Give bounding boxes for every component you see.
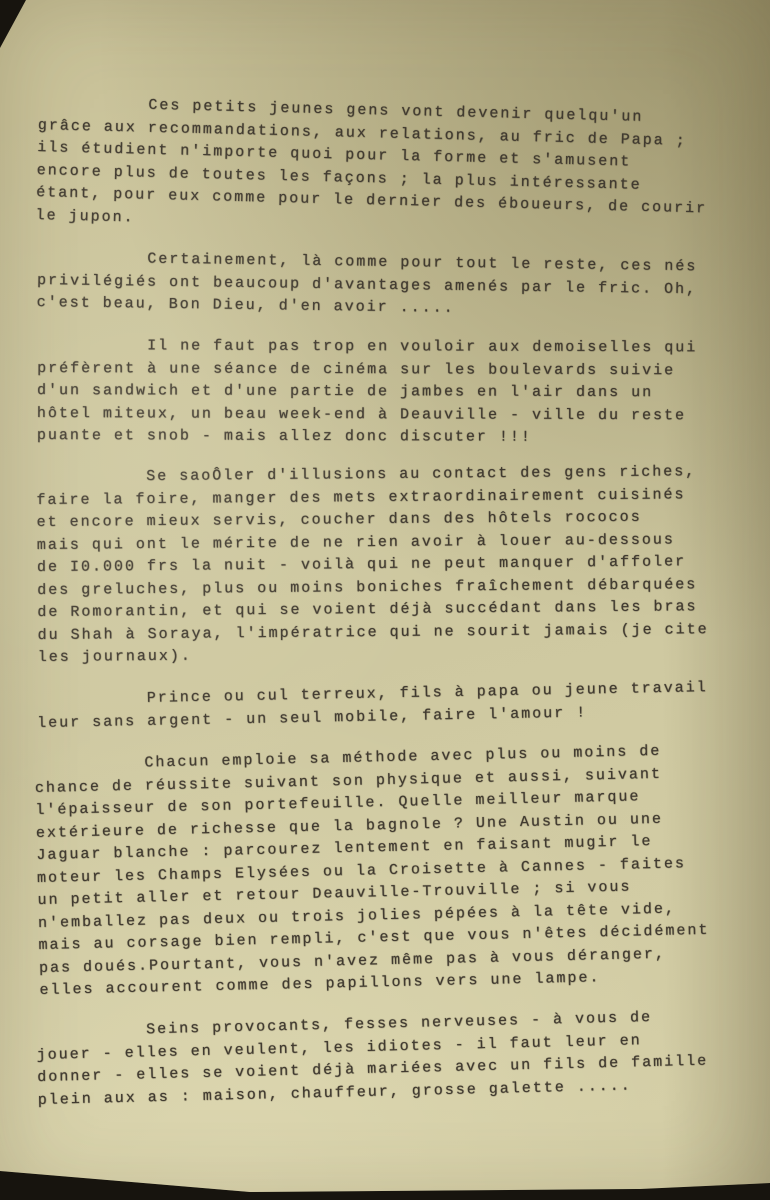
text-line: Il ne faut pas trop en vouloir aux demoi… [37, 335, 746, 360]
document-page: Ces petits jeunes gens vont devenir quel… [0, 0, 770, 1200]
text-line: les journaux). [38, 641, 747, 670]
paragraph: Prince ou cul terreux, fils à papa ou je… [37, 676, 747, 735]
photo-background: Ces petits jeunes gens vont devenir quel… [0, 0, 770, 1200]
paragraph: Ces petits jeunes gens vont devenir quel… [35, 92, 747, 244]
text-line: préfèrent à une séance de cinéma sur les… [37, 357, 746, 382]
paragraph: Seins provocants, fesses nerveuses - à v… [36, 1005, 747, 1112]
paragraph: Chacun emploie sa méthode avec plus ou m… [34, 738, 748, 1002]
text-line: d'un sandwich et d'une partie de jambes … [37, 380, 746, 405]
text-line: hôtel miteux, un beau week-end à Deauvil… [37, 402, 746, 427]
text-block: Ces petits jeunes gens vont devenir quel… [37, 92, 746, 1132]
paragraph: Il ne faut pas trop en vouloir aux demoi… [37, 335, 746, 450]
paragraph: Certainement, là comme pour tout le rest… [37, 247, 747, 324]
paragraph: Se saoÔler d'illusions au contact des ge… [36, 461, 747, 670]
text-line: puante et snob - mais allez donc discute… [37, 424, 746, 449]
